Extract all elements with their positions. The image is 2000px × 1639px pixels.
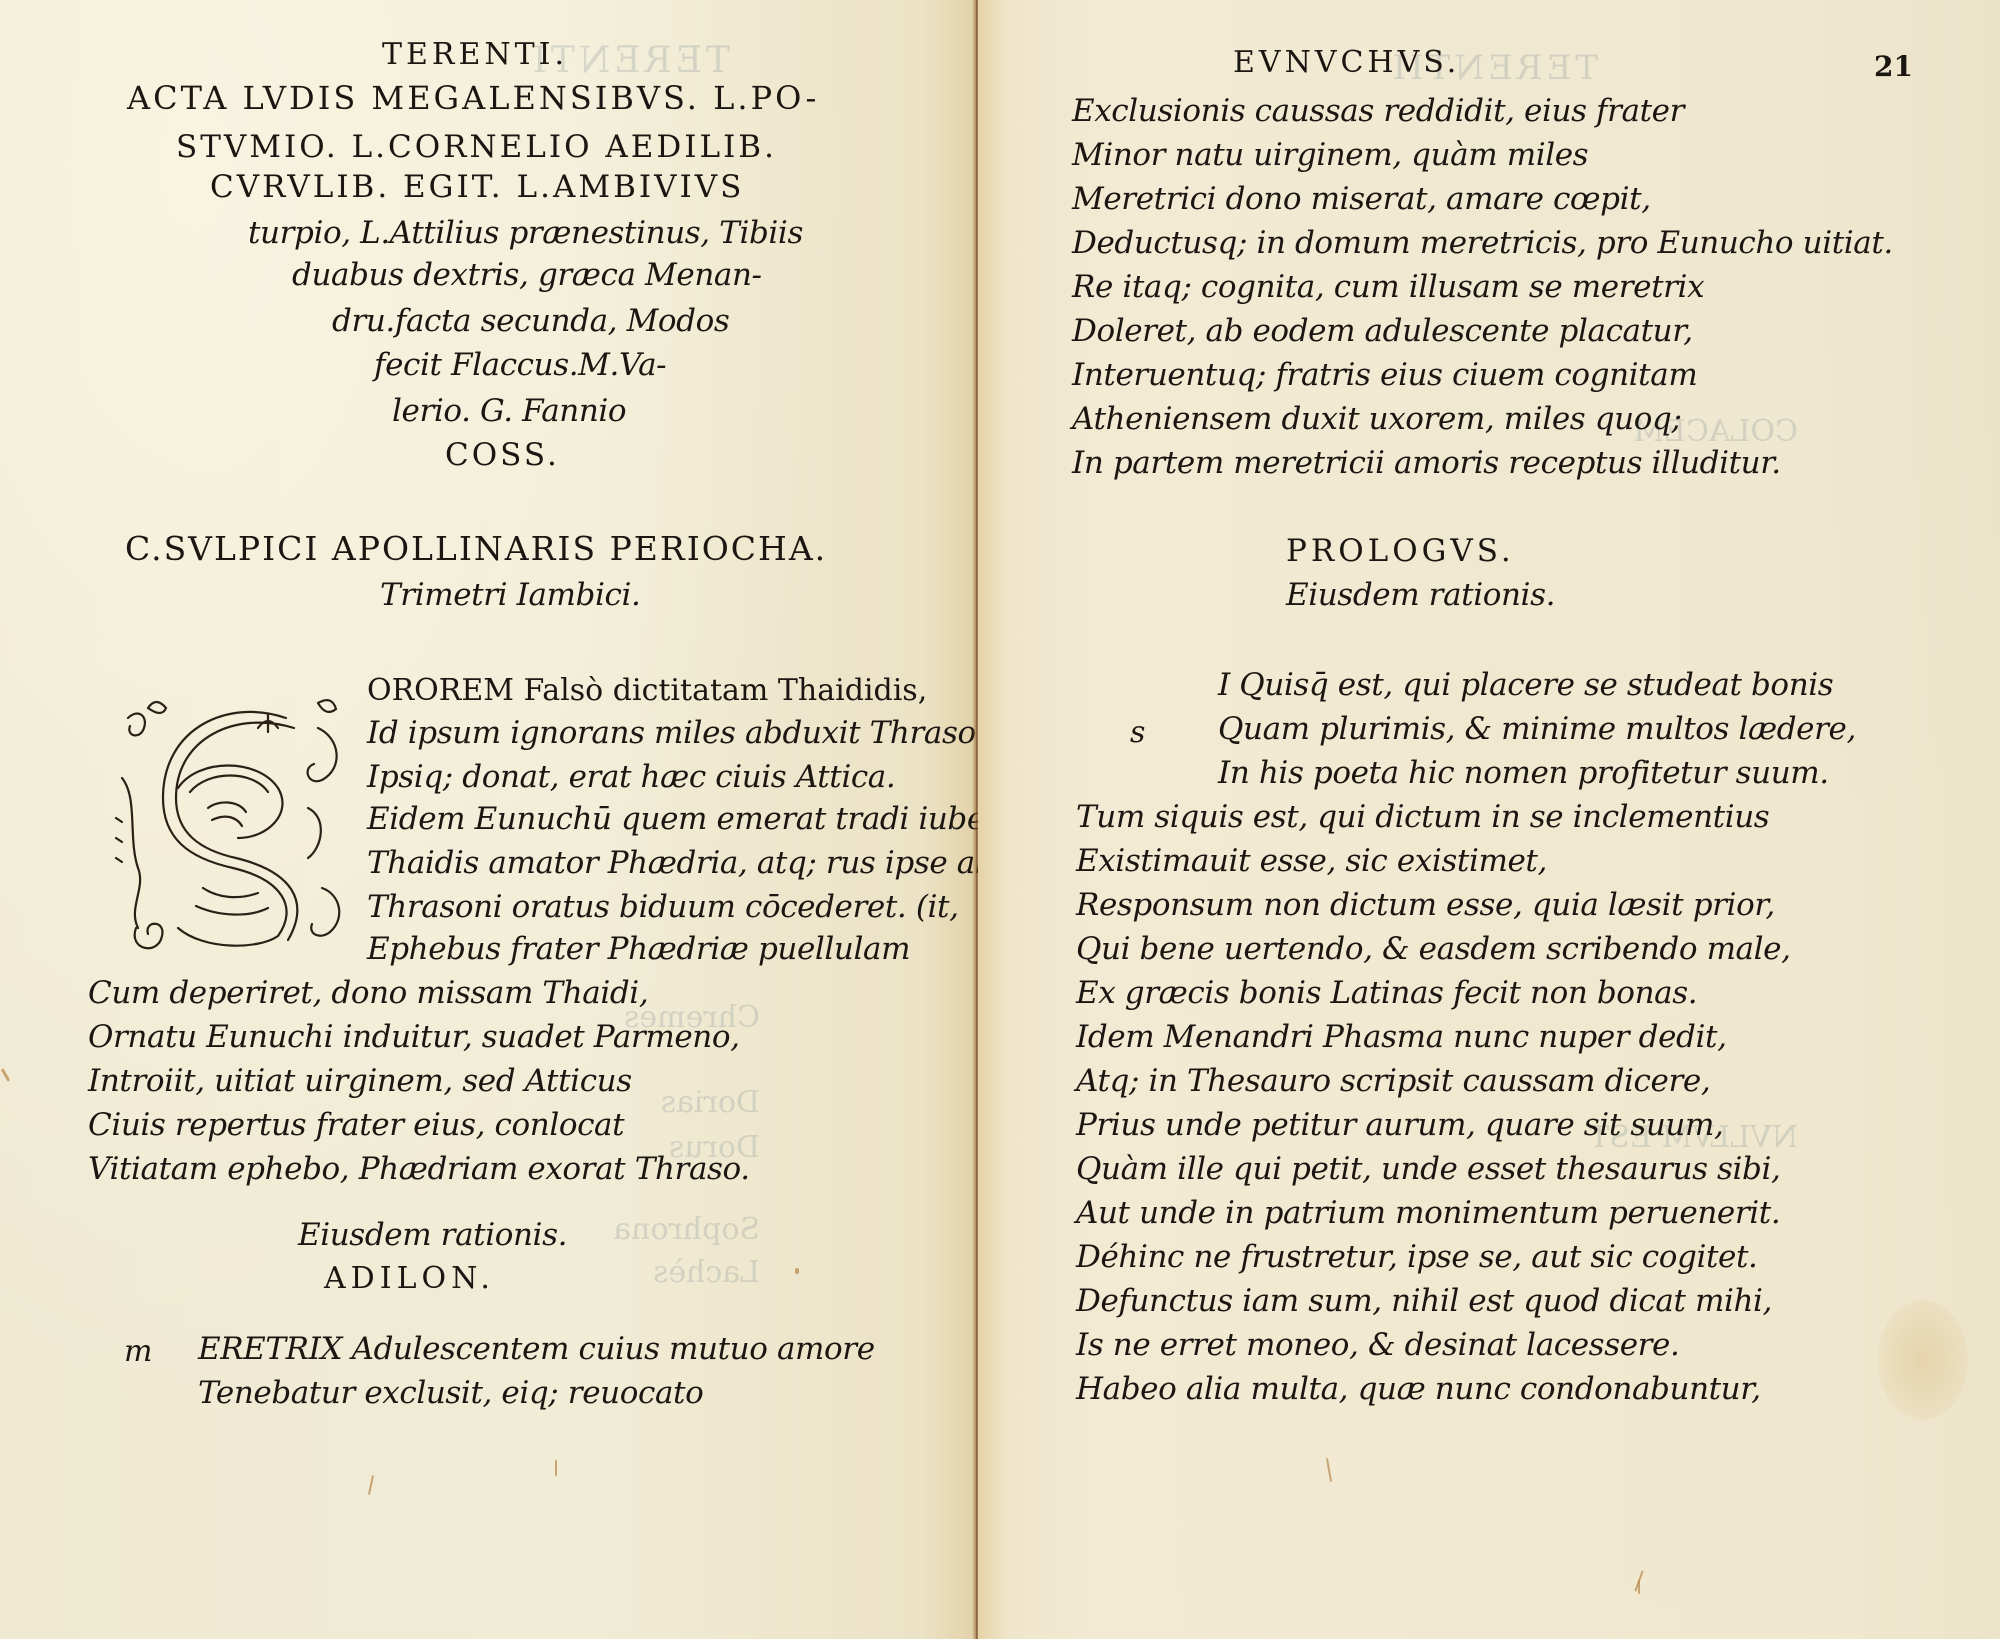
prologue-line: Defunctus iam sum, nihil est quod dicat …	[1076, 1286, 1772, 1317]
prologue-line: Atq; in Thesauro scripsit caussam dicere…	[1076, 1066, 1710, 1097]
right-page: TERENTII COLACEM NVLLVM EST EVNVCHVS. 21…	[978, 0, 2000, 1639]
prologue-indented-line: I Quisq̄ est, qui placere se studeat bon…	[1218, 670, 1833, 701]
foxing-stain	[1878, 1300, 1968, 1420]
periocha-cont-line: Atheniensem duxit uxorem, miles quoq;	[1072, 404, 1682, 435]
periocha-line: Introiit, uitiat uirginem, sed Atticus	[88, 1066, 632, 1097]
marginal-guide-letter: s	[1130, 715, 1145, 750]
prologue-meter: Eiusdem rationis.	[1286, 580, 1555, 611]
paper-fleck	[555, 1460, 557, 1476]
prologue-indented-line: Quam plurimis, & minime multos lædere,	[1218, 714, 1856, 745]
didascalia-line: CVRVLIB. EGIT. L.AMBIVIVS	[210, 172, 744, 203]
decorated-initial-s-icon	[108, 688, 360, 958]
didascalia-italic-line: turpio, L.Attilius prænestinus, Tibiis	[248, 218, 803, 249]
periocha-heading: C.SVLPICI APOLLINARIS PERIOCHA.	[125, 532, 827, 565]
periocha-cont-line: Exclusionis caussas reddidit, eius frate…	[1072, 96, 1684, 127]
running-head-left: TERENTI.	[382, 40, 568, 70]
didascalia-line: STVMIO. L.CORNELIO AEDILIB.	[176, 132, 777, 163]
periocha-line: Ciuis repertus frater eius, conlocat	[88, 1110, 624, 1141]
coss-label: COSS.	[445, 440, 560, 471]
left-page: TERENTI Chremes Dorias Dorus Sophrona La…	[0, 0, 978, 1639]
periocha-line: Ornatu Eunuchi induitur, suadet Parmeno,	[88, 1022, 740, 1053]
periocha-meter: Trimetri Iambici.	[380, 580, 640, 611]
periocha-cont-line: Interuentuq; fratris eius ciuem cognitam	[1072, 360, 1697, 391]
page-number: 21	[1874, 50, 1913, 83]
periocha-line: Vitiatam ephebo, Phædriam exorat Thraso.	[88, 1154, 750, 1185]
prologue-line: Is ne erret moneo, & desinat lacessere.	[1076, 1330, 1679, 1361]
prologue-line: Prius unde petitur aurum, quare sit suum…	[1076, 1110, 1723, 1141]
show-through-text: Lachès	[653, 1255, 760, 1290]
paper-fleck	[1, 1068, 11, 1082]
prologue-line: Idem Menandri Phasma nunc nuper dedit,	[1076, 1022, 1727, 1053]
prologue-line: Déhinc ne frustretur, ipse se, aut sic c…	[1076, 1242, 1758, 1273]
periocha-line: Cum deperiret, dono missam Thaidi,	[88, 978, 648, 1009]
periocha-cont-line: Minor natu uirginem, quàm miles	[1072, 140, 1588, 171]
paper-fleck	[1326, 1458, 1332, 1482]
didascalia-italic-line: lerio. G. Fannio	[392, 396, 626, 427]
periocha-cont-line: Meretrici dono miserat, amare cœpit,	[1072, 184, 1651, 215]
periocha-line: Ipsiq; donat, erat hæc ciuis Attica.	[367, 762, 895, 793]
running-head-right: EVNVCHVS.	[1233, 48, 1460, 78]
paper-fleck	[795, 1268, 799, 1274]
didascalia-line: ACTA LVDIS MEGALENSIBVS. L.PO-	[127, 82, 819, 114]
periocha-line: Ephebus frater Phædriæ puellulam	[367, 934, 910, 965]
didascalia-italic-line: duabus dextris, græca Menan-	[292, 260, 762, 291]
periocha-line: ORORЕM Falsò dictitatam Thaididis,	[367, 676, 927, 706]
second-meter: Eiusdem rationis.	[298, 1220, 567, 1251]
prologue-line: Responsum non dictum esse, quia læsit pr…	[1076, 890, 1775, 921]
prologue-line: Habeo alia multa, quæ nunc condonabuntur…	[1076, 1374, 1761, 1405]
second-line: Tenebatur exclusit, eiq; reuocato	[198, 1378, 703, 1409]
marginal-guide-letter: m	[124, 1334, 152, 1369]
periocha-line: Id ipsum ignorans miles abduxit Thraso.	[367, 718, 978, 749]
paper-fleck	[368, 1475, 374, 1495]
periocha-line: Eidem Eunuchū quem emerat tradi iubet	[367, 804, 978, 835]
periocha-cont-line: In partem meretricii amoris receptus ill…	[1072, 448, 1781, 479]
prologue-line: Quàm ille qui petit, unde esset thesauru…	[1076, 1154, 1780, 1185]
paper-fleck	[1638, 1580, 1640, 1594]
prologue-line: Qui bene uertendo, & easdem scribendo ma…	[1076, 934, 1791, 965]
periocha-cont-line: Deductusq; in domum meretricis, pro Eunu…	[1072, 228, 1893, 259]
periocha-cont-line: Doleret, ab eodem adulescente placatur,	[1072, 316, 1693, 347]
prologue-line: Aut unde in patrium monimentum perueneri…	[1076, 1198, 1780, 1229]
periocha-line: Thaidis amator Phædria, atq; rus ipse ab…	[367, 848, 978, 879]
didascalia-italic-line: fecit Flaccus.M.Va-	[374, 350, 666, 381]
periocha-cont-line: Re itaq; cognita, cum illusam se meretri…	[1072, 272, 1704, 303]
show-through-text: Dorias	[661, 1085, 760, 1120]
show-through-text: Sophrona	[613, 1212, 760, 1247]
second-title: ADILON.	[324, 1264, 495, 1294]
prologue-line: Tum siquis est, qui dictum in se incleme…	[1076, 802, 1769, 833]
periocha-line: Thrasoni oratus biduum cōcederet. (it,	[367, 892, 959, 923]
prologue-line: Ex græcis bonis Latinas fecit non bonas.	[1076, 978, 1697, 1009]
didascalia-italic-line: dru.facta secunda, Modos	[332, 306, 729, 337]
prologue-title: PROLOGVS.	[1286, 536, 1515, 567]
prologue-line: Existimauit esse, sic existimet,	[1076, 846, 1547, 877]
prologue-indented-line: In his poeta hic nomen profitetur suum.	[1218, 758, 1829, 789]
second-line: ERETRIX Adulescentem cuius mutuo amore	[198, 1334, 875, 1365]
